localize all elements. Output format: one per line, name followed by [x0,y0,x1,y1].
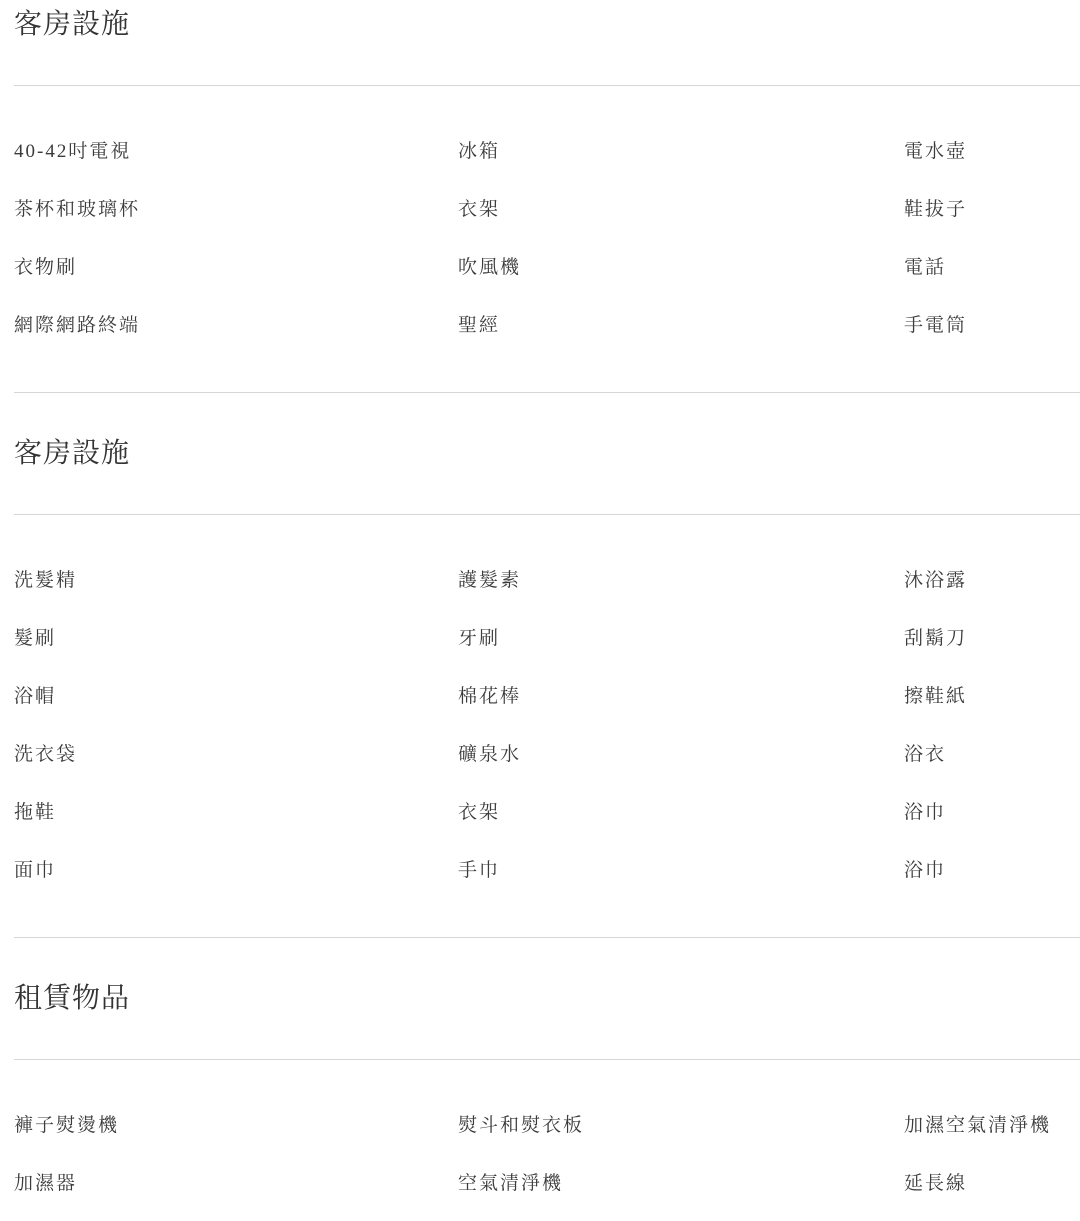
amenity-item: 加濕器 [14,1170,458,1198]
amenity-item: 加濕空氣清淨機 [904,1112,1080,1140]
amenity-item: 衣物刷 [14,254,458,282]
amenity-item: 電話 [904,254,1080,282]
amenity-item: 褲子熨燙機 [14,1112,458,1140]
section-separator-line [14,937,1080,938]
amenity-item: 髮刷 [14,625,458,653]
amenity-item: 浴帽 [14,683,458,711]
amenity-item: 茶杯和玻璃杯 [14,196,458,224]
amenity-item: 洗髮精 [14,567,458,595]
amenity-item: 牙刷 [458,625,904,653]
section-separator-line [14,392,1080,393]
amenity-item: 拖鞋 [14,799,458,827]
amenity-item: 手巾 [458,857,904,885]
amenity-grid: 褲子熨燙機 熨斗和熨衣板 加濕空氣清淨機 加濕器 空氣清淨機 延長線 [14,1112,1080,1198]
amenity-grid: 40-42吋電視 冰箱 電水壺 茶杯和玻璃杯 衣架 鞋拔子 衣物刷 吹風機 電話… [14,138,1080,340]
amenity-item: 擦鞋紙 [904,683,1080,711]
amenity-item: 冰箱 [458,138,904,166]
amenity-item: 護髮素 [458,567,904,595]
amenity-item: 沐浴露 [904,567,1080,595]
title-underline [14,1059,1080,1060]
section-title: 租賃物品 [14,982,1080,1016]
amenity-item: 衣架 [458,799,904,827]
amenity-item: 礦泉水 [458,741,904,769]
amenity-section: 客房設施 洗髮精 護髮素 沐浴露 髮刷 牙刷 刮鬍刀 浴帽 棉花棒 擦鞋紙 洗衣… [14,392,1080,885]
amenity-item: 面巾 [14,857,458,885]
amenity-item: 電水壺 [904,138,1080,166]
amenities-page: 客房設施 40-42吋電視 冰箱 電水壺 茶杯和玻璃杯 衣架 鞋拔子 衣物刷 吹… [0,0,1080,1198]
title-underline [14,85,1080,86]
amenity-section: 租賃物品 褲子熨燙機 熨斗和熨衣板 加濕空氣清淨機 加濕器 空氣清淨機 延長線 [14,937,1080,1198]
amenity-item: 空氣清淨機 [458,1170,904,1198]
amenity-item: 鞋拔子 [904,196,1080,224]
amenity-item: 洗衣袋 [14,741,458,769]
title-underline [14,514,1080,515]
amenity-item: 浴巾 [904,799,1080,827]
amenity-grid: 洗髮精 護髮素 沐浴露 髮刷 牙刷 刮鬍刀 浴帽 棉花棒 擦鞋紙 洗衣袋 礦泉水… [14,567,1080,885]
amenity-item: 棉花棒 [458,683,904,711]
amenity-item: 熨斗和熨衣板 [458,1112,904,1140]
section-title: 客房設施 [14,8,1080,42]
amenity-item: 網際網路終端 [14,312,458,340]
amenity-section: 客房設施 40-42吋電視 冰箱 電水壺 茶杯和玻璃杯 衣架 鞋拔子 衣物刷 吹… [14,8,1080,340]
amenity-item: 延長線 [904,1170,1080,1198]
amenity-item: 衣架 [458,196,904,224]
amenity-item: 40-42吋電視 [14,138,458,166]
amenity-item: 浴衣 [904,741,1080,769]
amenity-item: 浴巾 [904,857,1080,885]
section-title: 客房設施 [14,437,1080,471]
amenity-item: 刮鬍刀 [904,625,1080,653]
amenity-item: 聖經 [458,312,904,340]
amenity-item: 吹風機 [458,254,904,282]
amenity-item: 手電筒 [904,312,1080,340]
